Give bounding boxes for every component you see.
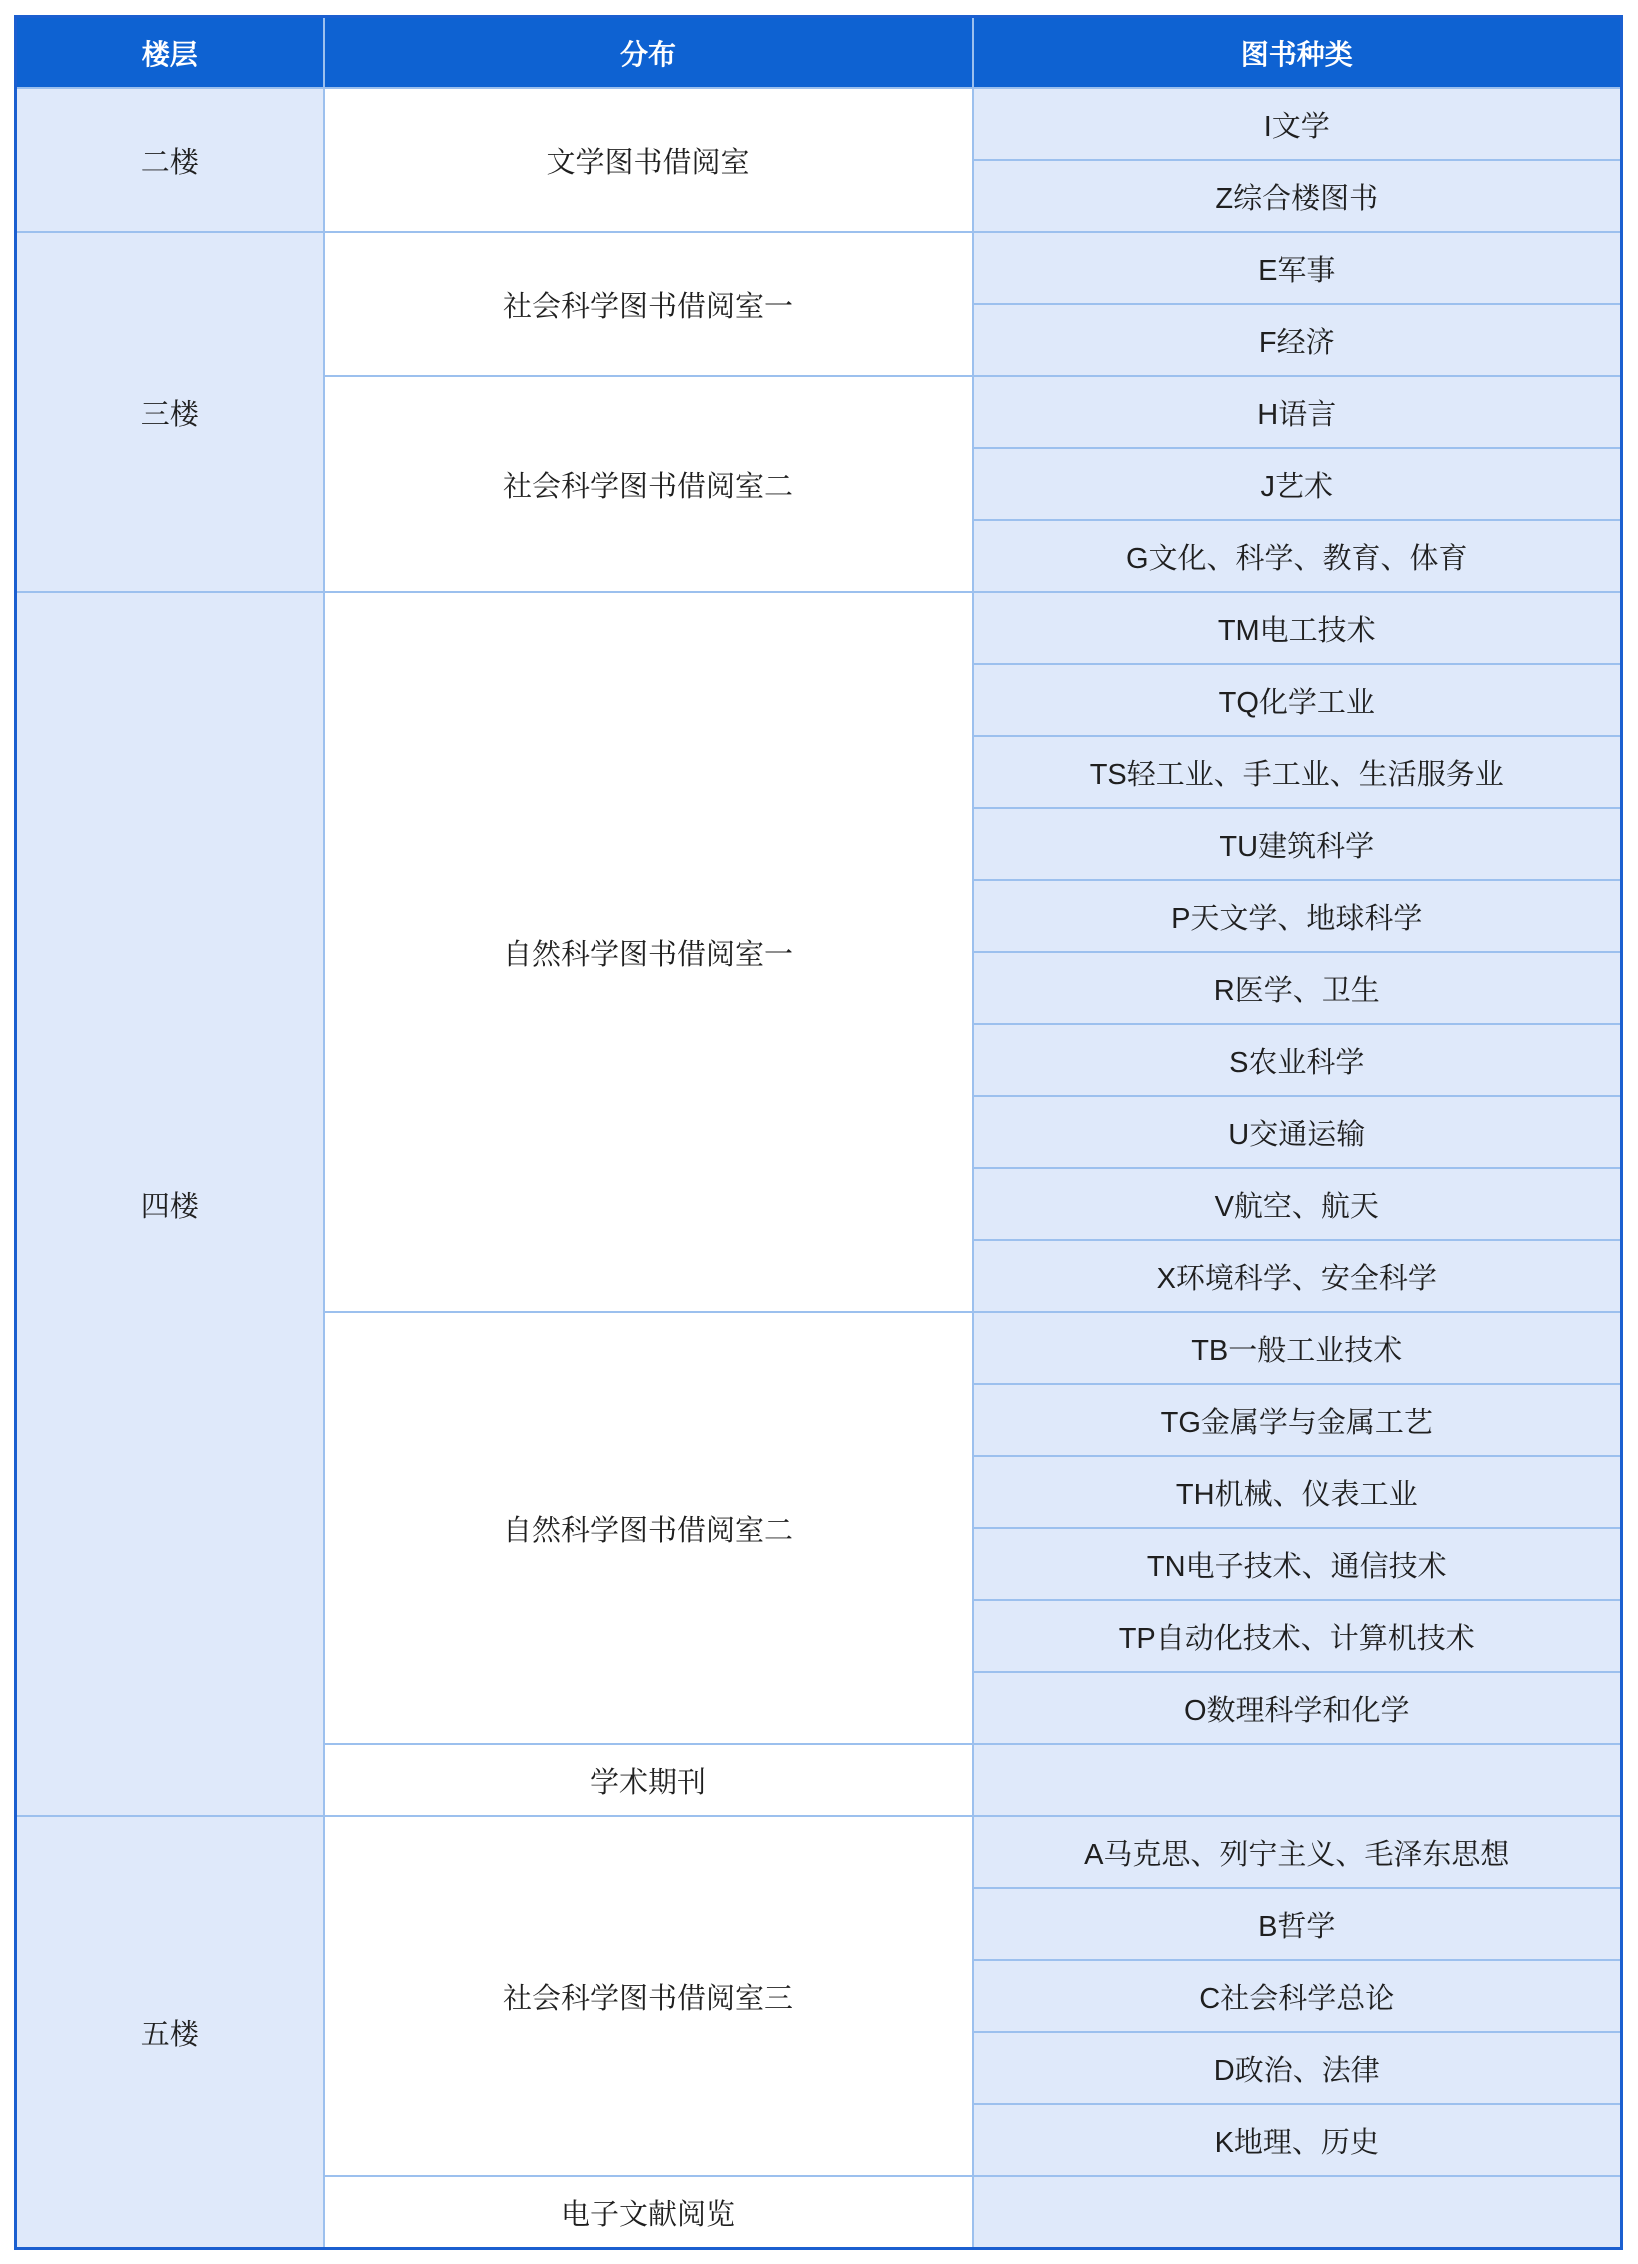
category-cell: TQ化学工业 bbox=[973, 664, 1622, 736]
category-cell: TS轻工业、手工业、生活服务业 bbox=[973, 736, 1622, 808]
category-cell: TP自动化技术、计算机技术 bbox=[973, 1600, 1622, 1672]
category-cell: P天文学、地球科学 bbox=[973, 880, 1622, 952]
category-cell: Z综合楼图书 bbox=[973, 160, 1622, 232]
header-book-category: 图书种类 bbox=[973, 17, 1622, 89]
room-cell: 自然科学图书借阅室一 bbox=[324, 592, 973, 1312]
room-cell: 社会科学图书借阅室一 bbox=[324, 232, 973, 376]
category-cell: TN电子技术、通信技术 bbox=[973, 1528, 1622, 1600]
header-distribution: 分布 bbox=[324, 17, 973, 89]
category-cell bbox=[973, 2176, 1622, 2249]
category-cell: J艺术 bbox=[973, 448, 1622, 520]
room-cell: 社会科学图书借阅室二 bbox=[324, 376, 973, 592]
room-cell: 社会科学图书借阅室三 bbox=[324, 1816, 973, 2176]
category-cell: TH机械、仪表工业 bbox=[973, 1456, 1622, 1528]
category-cell: TU建筑科学 bbox=[973, 808, 1622, 880]
category-cell bbox=[973, 1744, 1622, 1816]
category-cell: TB一般工业技术 bbox=[973, 1312, 1622, 1384]
room-cell: 文学图书借阅室 bbox=[324, 88, 973, 232]
category-cell: V航空、航天 bbox=[973, 1168, 1622, 1240]
floor-cell: 二楼 bbox=[16, 88, 324, 232]
category-cell: U交通运输 bbox=[973, 1096, 1622, 1168]
table-body: 二楼文学图书借阅室I文学Z综合楼图书三楼社会科学图书借阅室一E军事F经济社会科学… bbox=[16, 88, 1622, 2249]
category-cell: O数理科学和化学 bbox=[973, 1672, 1622, 1744]
category-cell: E军事 bbox=[973, 232, 1622, 304]
table-row: 五楼社会科学图书借阅室三A马克思、列宁主义、毛泽东思想 bbox=[16, 1816, 1622, 1888]
category-cell: X环境科学、安全科学 bbox=[973, 1240, 1622, 1312]
header-floor: 楼层 bbox=[16, 17, 324, 89]
room-cell: 学术期刊 bbox=[324, 1744, 973, 1816]
header-row: 楼层 分布 图书种类 bbox=[16, 17, 1622, 89]
category-cell: TM电工技术 bbox=[973, 592, 1622, 664]
library-floor-table: 楼层 分布 图书种类 二楼文学图书借阅室I文学Z综合楼图书三楼社会科学图书借阅室… bbox=[14, 15, 1623, 2250]
table-row: 二楼文学图书借阅室I文学 bbox=[16, 88, 1622, 160]
category-cell: B哲学 bbox=[973, 1888, 1622, 1960]
category-cell: H语言 bbox=[973, 376, 1622, 448]
floor-cell: 四楼 bbox=[16, 592, 324, 1816]
table-row: 三楼社会科学图书借阅室一E军事 bbox=[16, 232, 1622, 304]
category-cell: K地理、历史 bbox=[973, 2104, 1622, 2176]
category-cell: R医学、卫生 bbox=[973, 952, 1622, 1024]
category-cell: A马克思、列宁主义、毛泽东思想 bbox=[973, 1816, 1622, 1888]
category-cell: G文化、科学、教育、体育 bbox=[973, 520, 1622, 592]
floor-cell: 三楼 bbox=[16, 232, 324, 592]
floor-cell: 五楼 bbox=[16, 1816, 324, 2249]
category-cell: C社会科学总论 bbox=[973, 1960, 1622, 2032]
room-cell: 自然科学图书借阅室二 bbox=[324, 1312, 973, 1744]
table-row: 四楼自然科学图书借阅室一TM电工技术 bbox=[16, 592, 1622, 664]
category-cell: F经济 bbox=[973, 304, 1622, 376]
category-cell: TG金属学与金属工艺 bbox=[973, 1384, 1622, 1456]
category-cell: D政治、法律 bbox=[973, 2032, 1622, 2104]
room-cell: 电子文献阅览 bbox=[324, 2176, 973, 2249]
category-cell: I文学 bbox=[973, 88, 1622, 160]
category-cell: S农业科学 bbox=[973, 1024, 1622, 1096]
table-header: 楼层 分布 图书种类 bbox=[16, 17, 1622, 89]
